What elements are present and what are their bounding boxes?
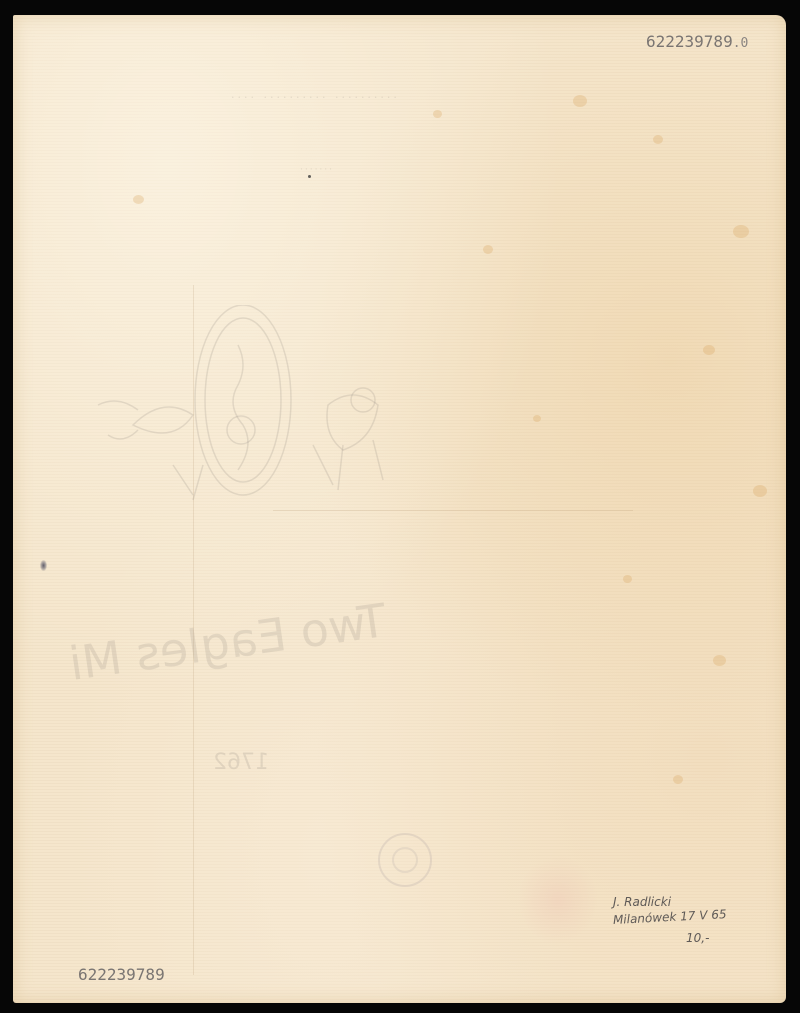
catalog-number-top-value: 622239789 — [646, 32, 733, 51]
show-through-emblem-icon — [73, 305, 413, 520]
catalog-number-bottom: 622239789 — [78, 965, 165, 984]
show-through-watermark: Two Eagles Mi — [66, 593, 390, 691]
catalog-number-top-suffix: .0 — [733, 36, 749, 51]
foxing-spot — [733, 225, 749, 238]
foxing-spot — [673, 775, 683, 784]
show-through-subheader: ······· — [298, 165, 332, 175]
ink-dot — [308, 175, 311, 178]
paper-sheet: ·········· ·········· ···· ······· Two E… — [13, 15, 786, 1003]
foxing-spot — [753, 485, 767, 497]
foxing-spot — [133, 195, 144, 204]
foxing-spot — [653, 135, 663, 144]
foxing-spot — [483, 245, 493, 254]
ink-speck — [40, 560, 47, 571]
foxing-spot — [533, 415, 541, 422]
foxing-spot — [433, 110, 442, 118]
provenance-price: 10,- — [686, 929, 727, 947]
stamp-seal-icon — [378, 833, 432, 887]
foxing-spot — [573, 95, 587, 107]
foxing-spot — [703, 345, 715, 355]
scan-background: ·········· ·········· ···· ······· Two E… — [0, 0, 800, 1013]
foxing-spot — [623, 575, 632, 583]
show-through-year: 1762 — [213, 750, 269, 775]
provenance-note: J. Radlicki Milanówek 17 V 65 10,- — [613, 893, 727, 947]
show-through-header: ·········· ·········· ···· — [228, 91, 397, 104]
foxing-spot — [713, 655, 726, 666]
catalog-number-top: 622239789.0 — [646, 32, 748, 51]
stain — [518, 855, 598, 945]
